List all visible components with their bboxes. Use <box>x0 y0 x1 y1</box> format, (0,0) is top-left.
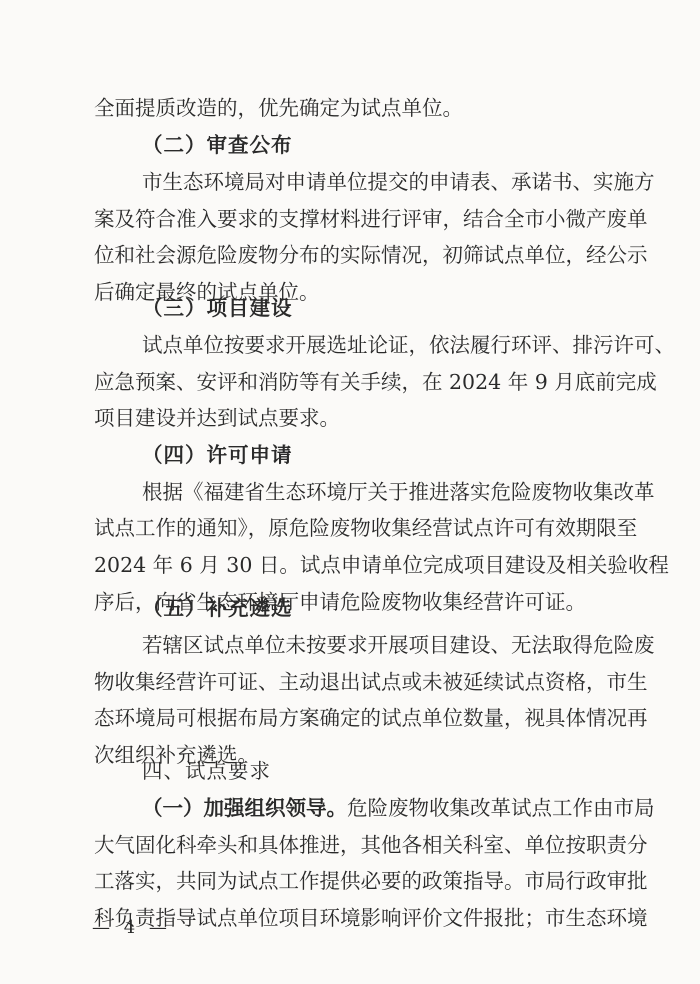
heading-permit-application: （四）许可申请 <box>142 441 293 469</box>
page-number: — 4 — <box>92 915 171 941</box>
paragraph-line: 态环境局可根据布局方案确定的试点单位数量，视具体情况再 <box>94 704 623 732</box>
section-title-pilot-requirements: 四、试点要求 <box>142 757 271 785</box>
document-page: 全面提质改造的，优先确定为试点单位。 （二）审查公布 市生态环境局对申请单位提交… <box>0 0 700 984</box>
paragraph-line: 大气固化科牵头和具体推进，其他各相关科室、单位按职责分 <box>94 831 623 859</box>
paragraph-line: 试点单位按要求开展选址论证，依法履行环评、排污许可、 <box>142 331 623 359</box>
paragraph-line: 位和社会源危险废物分布的实际情况，初筛试点单位，经公示 <box>94 241 623 269</box>
paragraph-line: 应急预案、安评和消防等有关手续，在 2024 年 9 月底前完成 <box>94 368 623 396</box>
paragraph-line: 项目建设并达到试点要求。 <box>94 404 623 432</box>
paragraph-line: 市生态环境局对申请单位提交的申请表、承诺书、实施方 <box>142 168 623 196</box>
paragraph-line: 工落实，共同为试点工作提供必要的政策指导。市局行政审批 <box>94 867 623 895</box>
heading-review-publish: （二）审查公布 <box>142 131 293 159</box>
paragraph-line: 案及符合准入要求的支撑材料进行评审，结合全市小微产废单 <box>94 205 623 233</box>
paragraph-line-with-lead: （一）加强组织领导。危险废物收集改革试点工作由市局 <box>142 794 623 822</box>
paragraph-line: 全面提质改造的，优先确定为试点单位。 <box>94 94 623 122</box>
lead-paragraph-text: 危险废物收集改革试点工作由市局 <box>347 796 655 820</box>
paragraph-line: 试点工作的通知》，原危险废物收集经营试点许可有效期限至 <box>94 514 623 542</box>
paragraph-line: 若辖区试点单位未按要求开展项目建设、无法取得危险废 <box>142 631 623 659</box>
paragraph-line: 物收集经营许可证、主动退出试点或未被延续试点资格，市生 <box>94 668 623 696</box>
bold-lead-text: （一）加强组织领导。 <box>142 796 347 820</box>
paragraph-line: 科负责指导试点单位项目环境影响评价文件报批；市生态环境 <box>94 904 623 932</box>
heading-project-construction: （三）项目建设 <box>142 294 293 322</box>
paragraph-line: 根据《福建省生态环境厅关于推进落实危险废物收集改革 <box>142 478 623 506</box>
heading-supplementary-selection: （五）补充遴选 <box>142 594 293 622</box>
paragraph-line: 2024 年 6 月 30 日。试点申请单位完成项目建设及相关验收程 <box>94 551 623 579</box>
